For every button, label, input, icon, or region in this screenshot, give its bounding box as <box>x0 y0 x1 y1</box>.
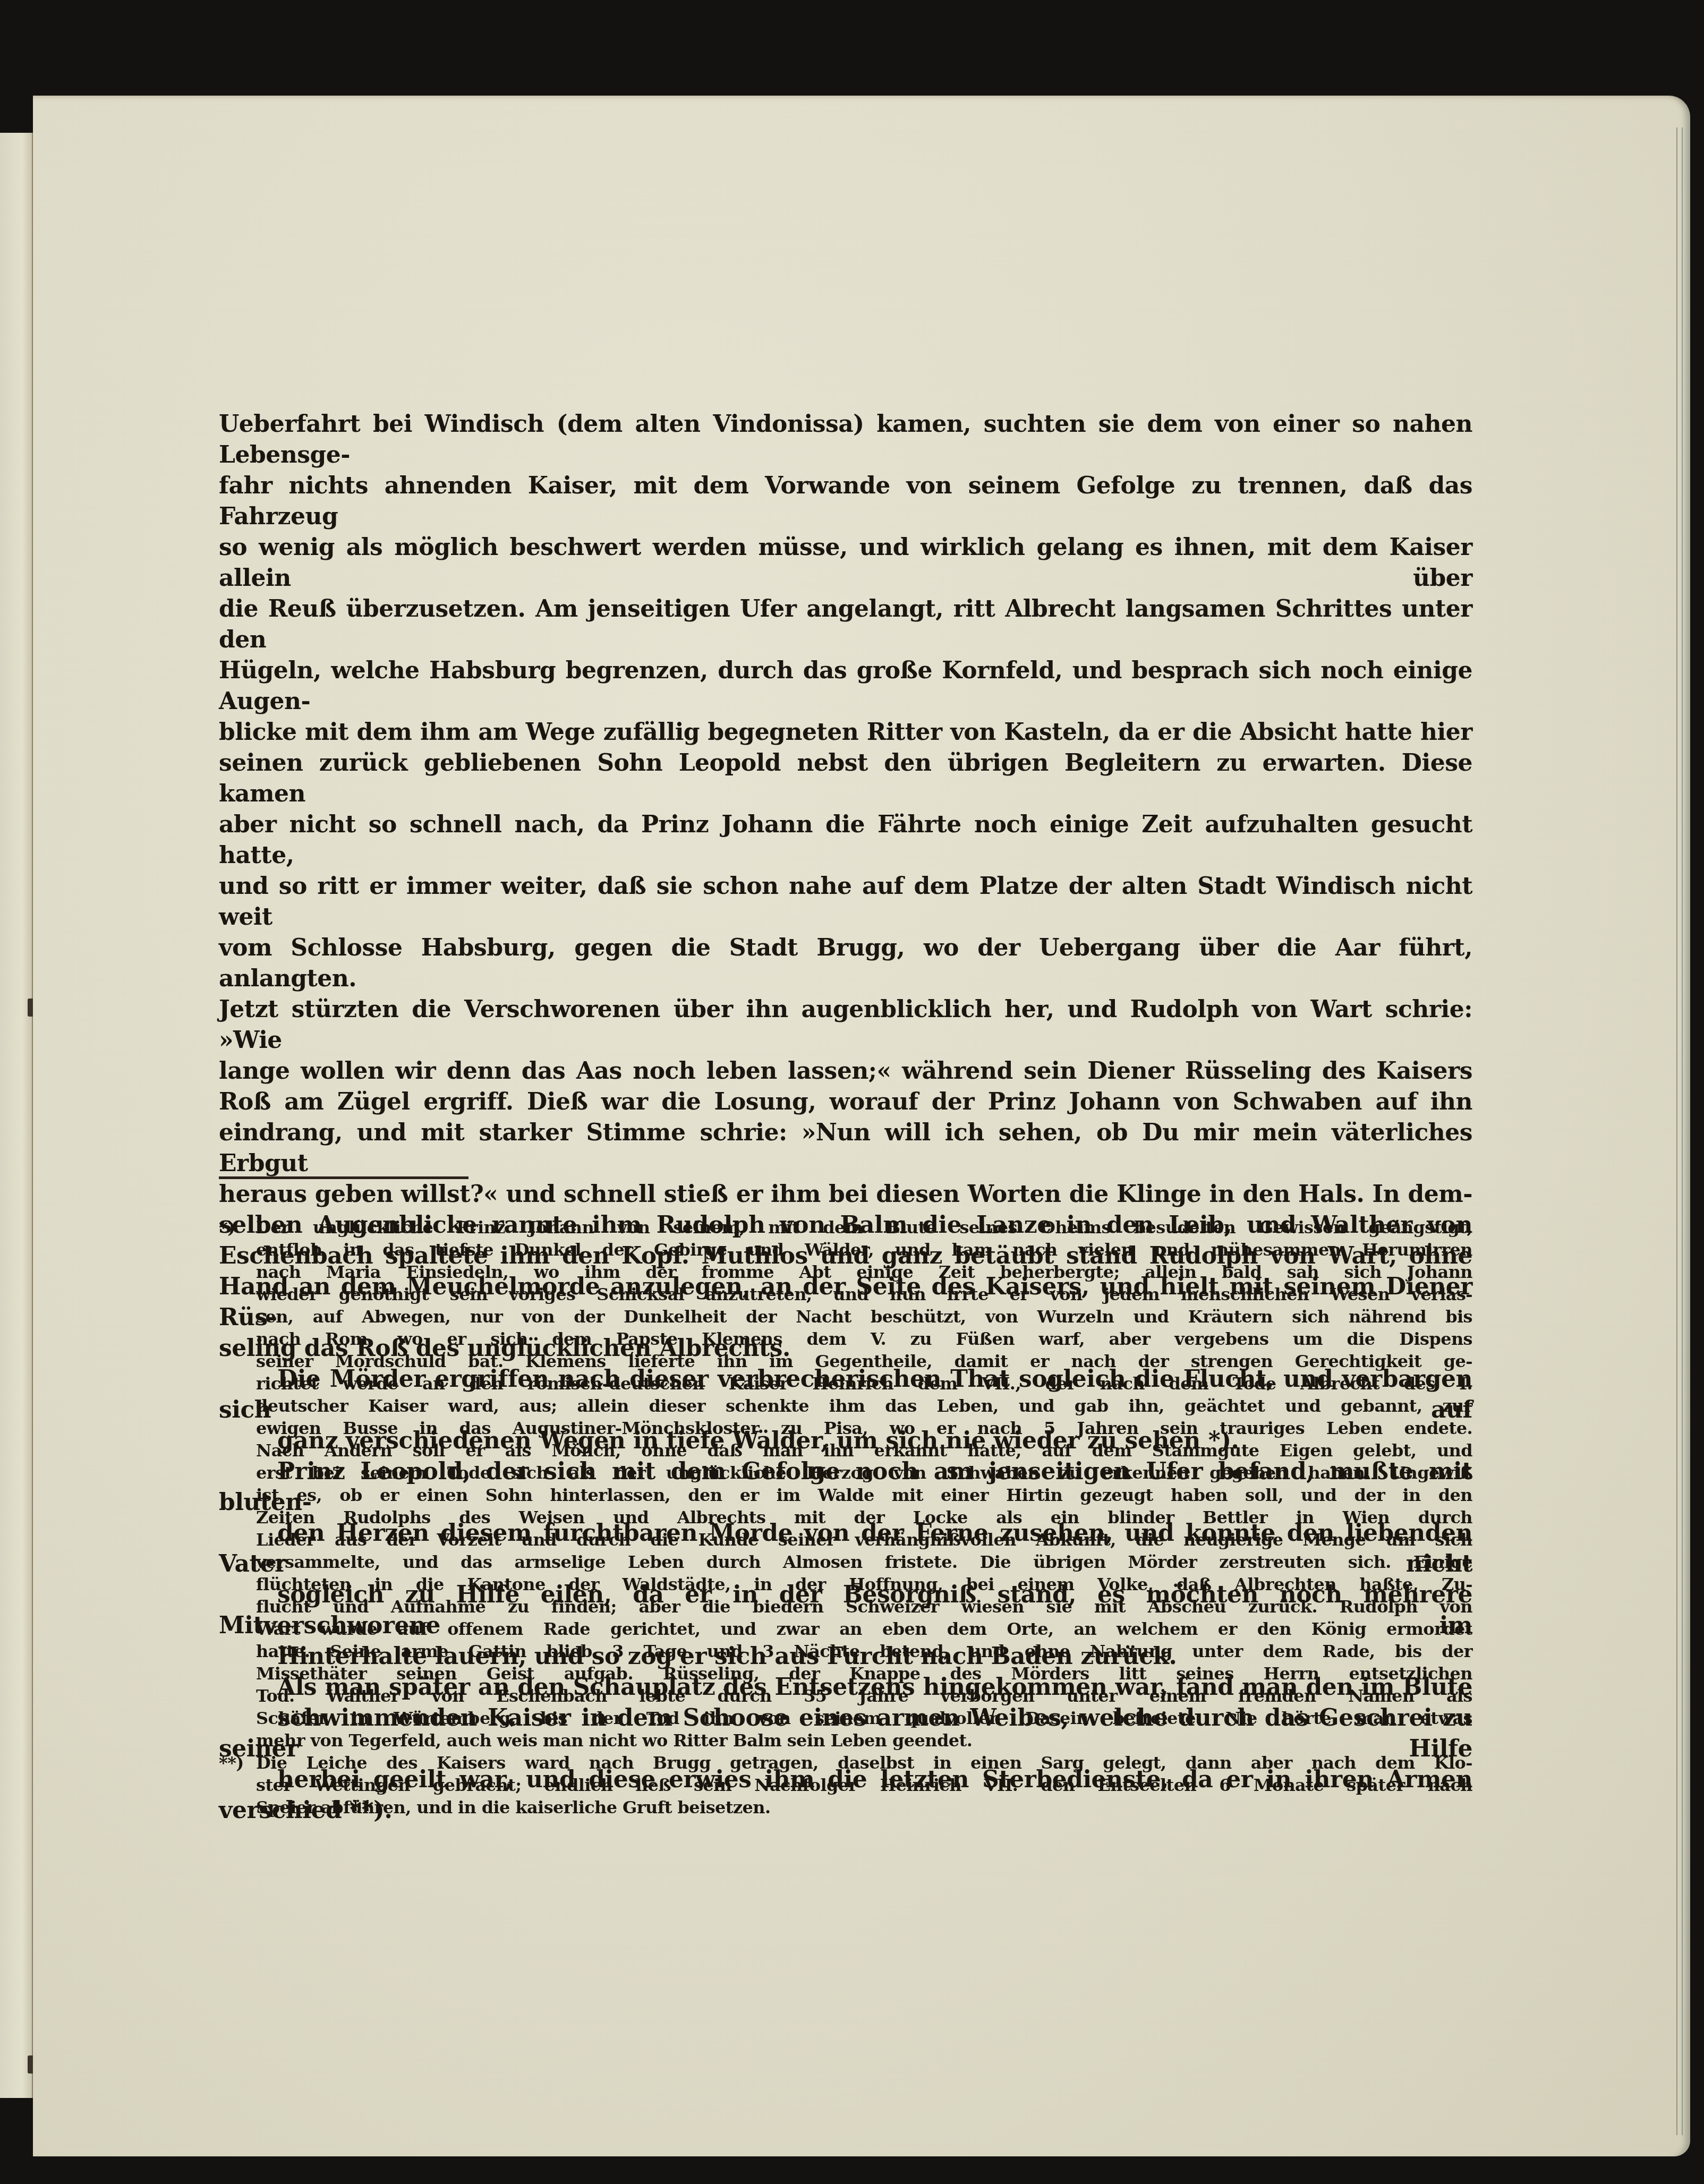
text-line: blicke mit dem ihm am Wege zufällig bege… <box>219 717 1472 748</box>
footnote-line: Der unglückliche Prinz Johann von seinem… <box>256 1216 1472 1239</box>
scanned-book-page: Ueberfahrt bei Windisch (dem alten Vindo… <box>0 0 1704 2184</box>
footnote-line: erst bei seinem Tode sich als der unglüc… <box>256 1462 1472 1484</box>
text-line: eindrang, und mit starker Stimme schrie:… <box>219 1117 1472 1179</box>
footnote-line: deutscher Kaiser ward, aus; allein diese… <box>256 1395 1472 1417</box>
footnote-line: Tod. Walther von Eschenbach lebte durch … <box>256 1685 1472 1707</box>
footnote-line: Schäfer in Würtemberg, bis der Tod ihn v… <box>256 1707 1472 1729</box>
footnote-1: *) Der unglückliche Prinz Johann von sei… <box>219 1216 1472 1752</box>
footnote-line: Nach Andern soll er als Mönch, ohne daß … <box>256 1439 1472 1462</box>
footnote-line: ster Wettingen gebracht; endlich ließ se… <box>256 1774 1472 1796</box>
footnote-line: sen, auf Abwegen, nur von der Dunkelheit… <box>256 1306 1472 1328</box>
footnote-line: Die Leiche des Kaisers ward nach Brugg g… <box>256 1752 1472 1774</box>
footnote-line: entfloh in das tiefste Dunkel der Gebirg… <box>256 1239 1472 1261</box>
footnote-line: hatte. Seine arme Gattin blieb 3 Tage un… <box>256 1640 1472 1662</box>
footnote-line: Lieder aus der Vorzeit und durch die Kun… <box>256 1529 1472 1551</box>
text-line: aber nicht so schnell nach, da Prinz Joh… <box>219 809 1472 871</box>
text-line: Roß am Zügel ergriff. Dieß war die Losun… <box>219 1087 1472 1117</box>
text-line: Ueberfahrt bei Windisch (dem alten Vindo… <box>219 409 1472 471</box>
footnote-line: flüchteten in die Kantone der Waldstädte… <box>256 1573 1472 1596</box>
footnote-separator-rule <box>219 1176 468 1179</box>
footnote-line: ewigen Busse in das Augustiner-Mönchsklo… <box>256 1417 1472 1439</box>
footnotes: *) Der unglückliche Prinz Johann von sei… <box>219 1216 1472 1819</box>
text-line: Jetzt stürzten die Verschworenen über ih… <box>219 994 1472 1056</box>
text-line: fahr nichts ahnenden Kaiser, mit dem Vor… <box>219 471 1472 532</box>
text-line: heraus geben willst?« und schnell stieß … <box>219 1179 1472 1210</box>
footnote-marker: *) <box>219 1216 235 1239</box>
footnote-2: **) Die Leiche des Kaisers ward nach Bru… <box>219 1752 1472 1819</box>
footnote-line: wieder genöthigt sein voriges Schicksal … <box>256 1283 1472 1306</box>
footnote-line: seiner Mordschuld bat. Klemens lieferte … <box>256 1350 1472 1372</box>
text-line: vom Schlosse Habsburg, gegen die Stadt B… <box>219 933 1472 994</box>
footnote-line: Speier abführen, und in die kaiserliche … <box>256 1796 1472 1819</box>
facing-page-edge <box>0 133 33 2098</box>
footnote-line: nach Rom, wo er sich dem Papste Klemens … <box>256 1328 1472 1350</box>
footnote-line: Zeiten Rudolphs des Weisen und Albrechts… <box>256 1506 1472 1529</box>
footnote-line: Wart wurde auf offenem Rade gerichtet, u… <box>256 1618 1472 1640</box>
footnote-line: Missethäter seinen Geist aufgab. Rüsseli… <box>256 1662 1472 1685</box>
text-line: die Reuß überzusetzen. Am jenseitigen Uf… <box>219 594 1472 655</box>
text-line: und so ritt er immer weiter, daß sie sch… <box>219 871 1472 933</box>
footnote-line: richtet werde an den römisch-deutschen K… <box>256 1372 1472 1395</box>
footnote-line: versammelte, und das armselige Leben dur… <box>256 1551 1472 1573</box>
footnote-marker: **) <box>219 1752 244 1774</box>
footnote-line: mehr von Tegerfeld, auch weis man nicht … <box>256 1729 1472 1752</box>
footnote-line: ist es, ob er einen Sohn hinterlassen, d… <box>256 1484 1472 1506</box>
footnote-line: flucht und Aufnahme zu finden; aber die … <box>256 1596 1472 1618</box>
text-line: so wenig als möglich beschwert werden mü… <box>219 532 1472 594</box>
page-fore-edge <box>1676 127 1683 2135</box>
text-line: lange wollen wir denn das Aas noch leben… <box>219 1056 1472 1087</box>
text-line: Hügeln, welche Habsburg begrenzen, durch… <box>219 655 1472 717</box>
footnote-line: nach Maria Einsiedeln, wo ihm der fromme… <box>256 1261 1472 1283</box>
text-line: seinen zurück gebliebenen Sohn Leopold n… <box>219 748 1472 809</box>
